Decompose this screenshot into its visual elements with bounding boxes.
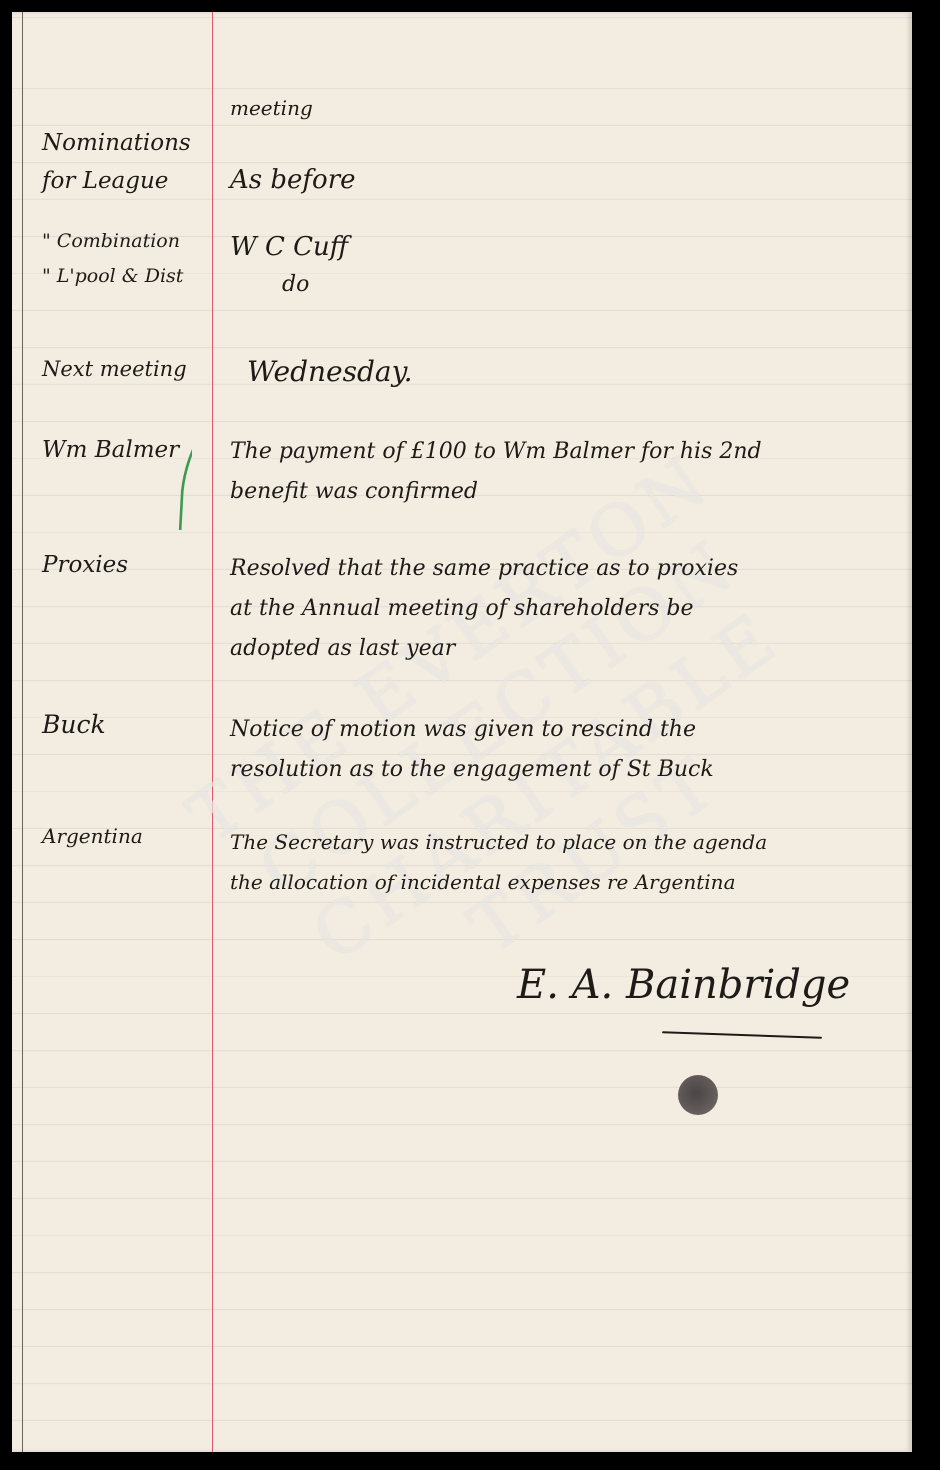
left-binding-rule [22, 12, 23, 1452]
entry-body-line: The payment of £100 to Wm Balmer for his… [230, 432, 762, 472]
entry-body-line: Notice of motion was given to rescind th… [230, 710, 696, 750]
entry-body-line: The Secretary was instructed to place on… [230, 822, 767, 862]
entry-body-line: at the Annual meeting of shareholders be [230, 589, 693, 629]
signature-underline [662, 1031, 822, 1039]
entry-label: Buck [42, 710, 106, 739]
entry-label: " L'pool & Dist [42, 265, 183, 287]
entry-body-line: Resolved that the same practice as to pr… [230, 549, 738, 589]
entry-label: " Combination [42, 230, 180, 252]
entry-body-line: meeting [230, 88, 313, 128]
signature: E. A. Bainbridge [517, 962, 850, 1008]
entry-body-line: As before [230, 160, 356, 200]
entry-label: Nominations for League [42, 124, 212, 200]
entry-label: Next meeting [42, 357, 187, 381]
entry-body-line: benefit was confirmed [230, 472, 478, 512]
entry-label: Proxies [42, 552, 128, 578]
entry-label: Argentina [42, 824, 143, 848]
entry-body-line: W C Cuff [230, 227, 348, 267]
entry-body-line: adopted as last year [230, 629, 455, 669]
entry-body-line: do [282, 265, 309, 305]
ink-blot [678, 1075, 718, 1115]
ledger-page: THE EVERTON COLLECTION CHARITABLE TRUST … [12, 12, 912, 1452]
entry-label: Wm Balmer [42, 437, 179, 463]
green-tick-icon [162, 430, 192, 530]
entry-body-line: resolution as to the engagement of St Bu… [230, 750, 714, 790]
red-margin-rule [212, 12, 213, 1452]
entry-body-line: the allocation of incidental expenses re… [230, 862, 736, 902]
entry-body-line: Wednesday. [247, 352, 413, 392]
